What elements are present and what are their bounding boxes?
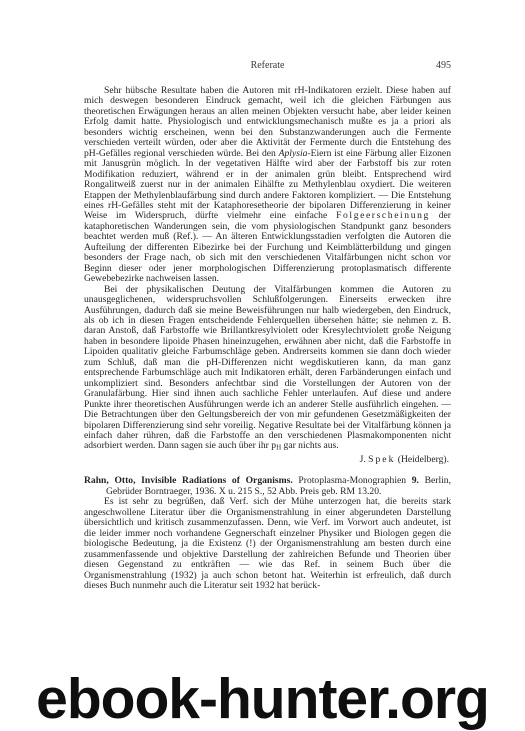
citation-series-number: 9.	[412, 475, 419, 486]
species-name-italic: Aplysia	[279, 148, 308, 159]
page-content-column: Referate 495 Sehr hübsche Resultate habe…	[84, 60, 451, 591]
paragraph-text: der kataphoretischen Wanderungen sein, d…	[84, 210, 451, 284]
reviewer-initial: J.	[360, 454, 369, 465]
citation-author-title: Rahn, Otto, Invisible Radiations of Orga…	[84, 475, 293, 486]
reviewer-name: Spek	[368, 454, 395, 465]
paragraph-text: Bei der physikalischen Deutung der Vital…	[84, 284, 451, 452]
emphasized-spaced-word: Folgeerscheinung	[336, 210, 430, 221]
reviewer-signature: J. Spek (Heidelberg).	[84, 454, 449, 465]
page-header: Referate 495	[84, 60, 451, 72]
page-number: 495	[436, 60, 451, 72]
running-title: Referate	[251, 60, 285, 71]
review2-paragraph-1: Es ist sehr zu begrüßen, daß Verf. sich …	[84, 497, 451, 591]
watermark-ebook-hunter: ebook-hunter.org	[0, 671, 525, 728]
paragraph-text: gar nichts aus.	[281, 440, 339, 451]
review-paragraph-2: Bei der physikalischen Deutung der Vital…	[84, 285, 451, 454]
book-citation: Rahn, Otto, Invisible Radiations of Orga…	[84, 475, 451, 497]
reviewer-location: (Heidelberg).	[395, 454, 449, 465]
citation-series: Protoplasma-Monographien	[293, 475, 412, 486]
scanned-book-page: Referate 495 Sehr hübsche Resultate habe…	[0, 0, 525, 731]
review-paragraph-1: Sehr hübsche Resultate haben die Autoren…	[84, 86, 451, 285]
